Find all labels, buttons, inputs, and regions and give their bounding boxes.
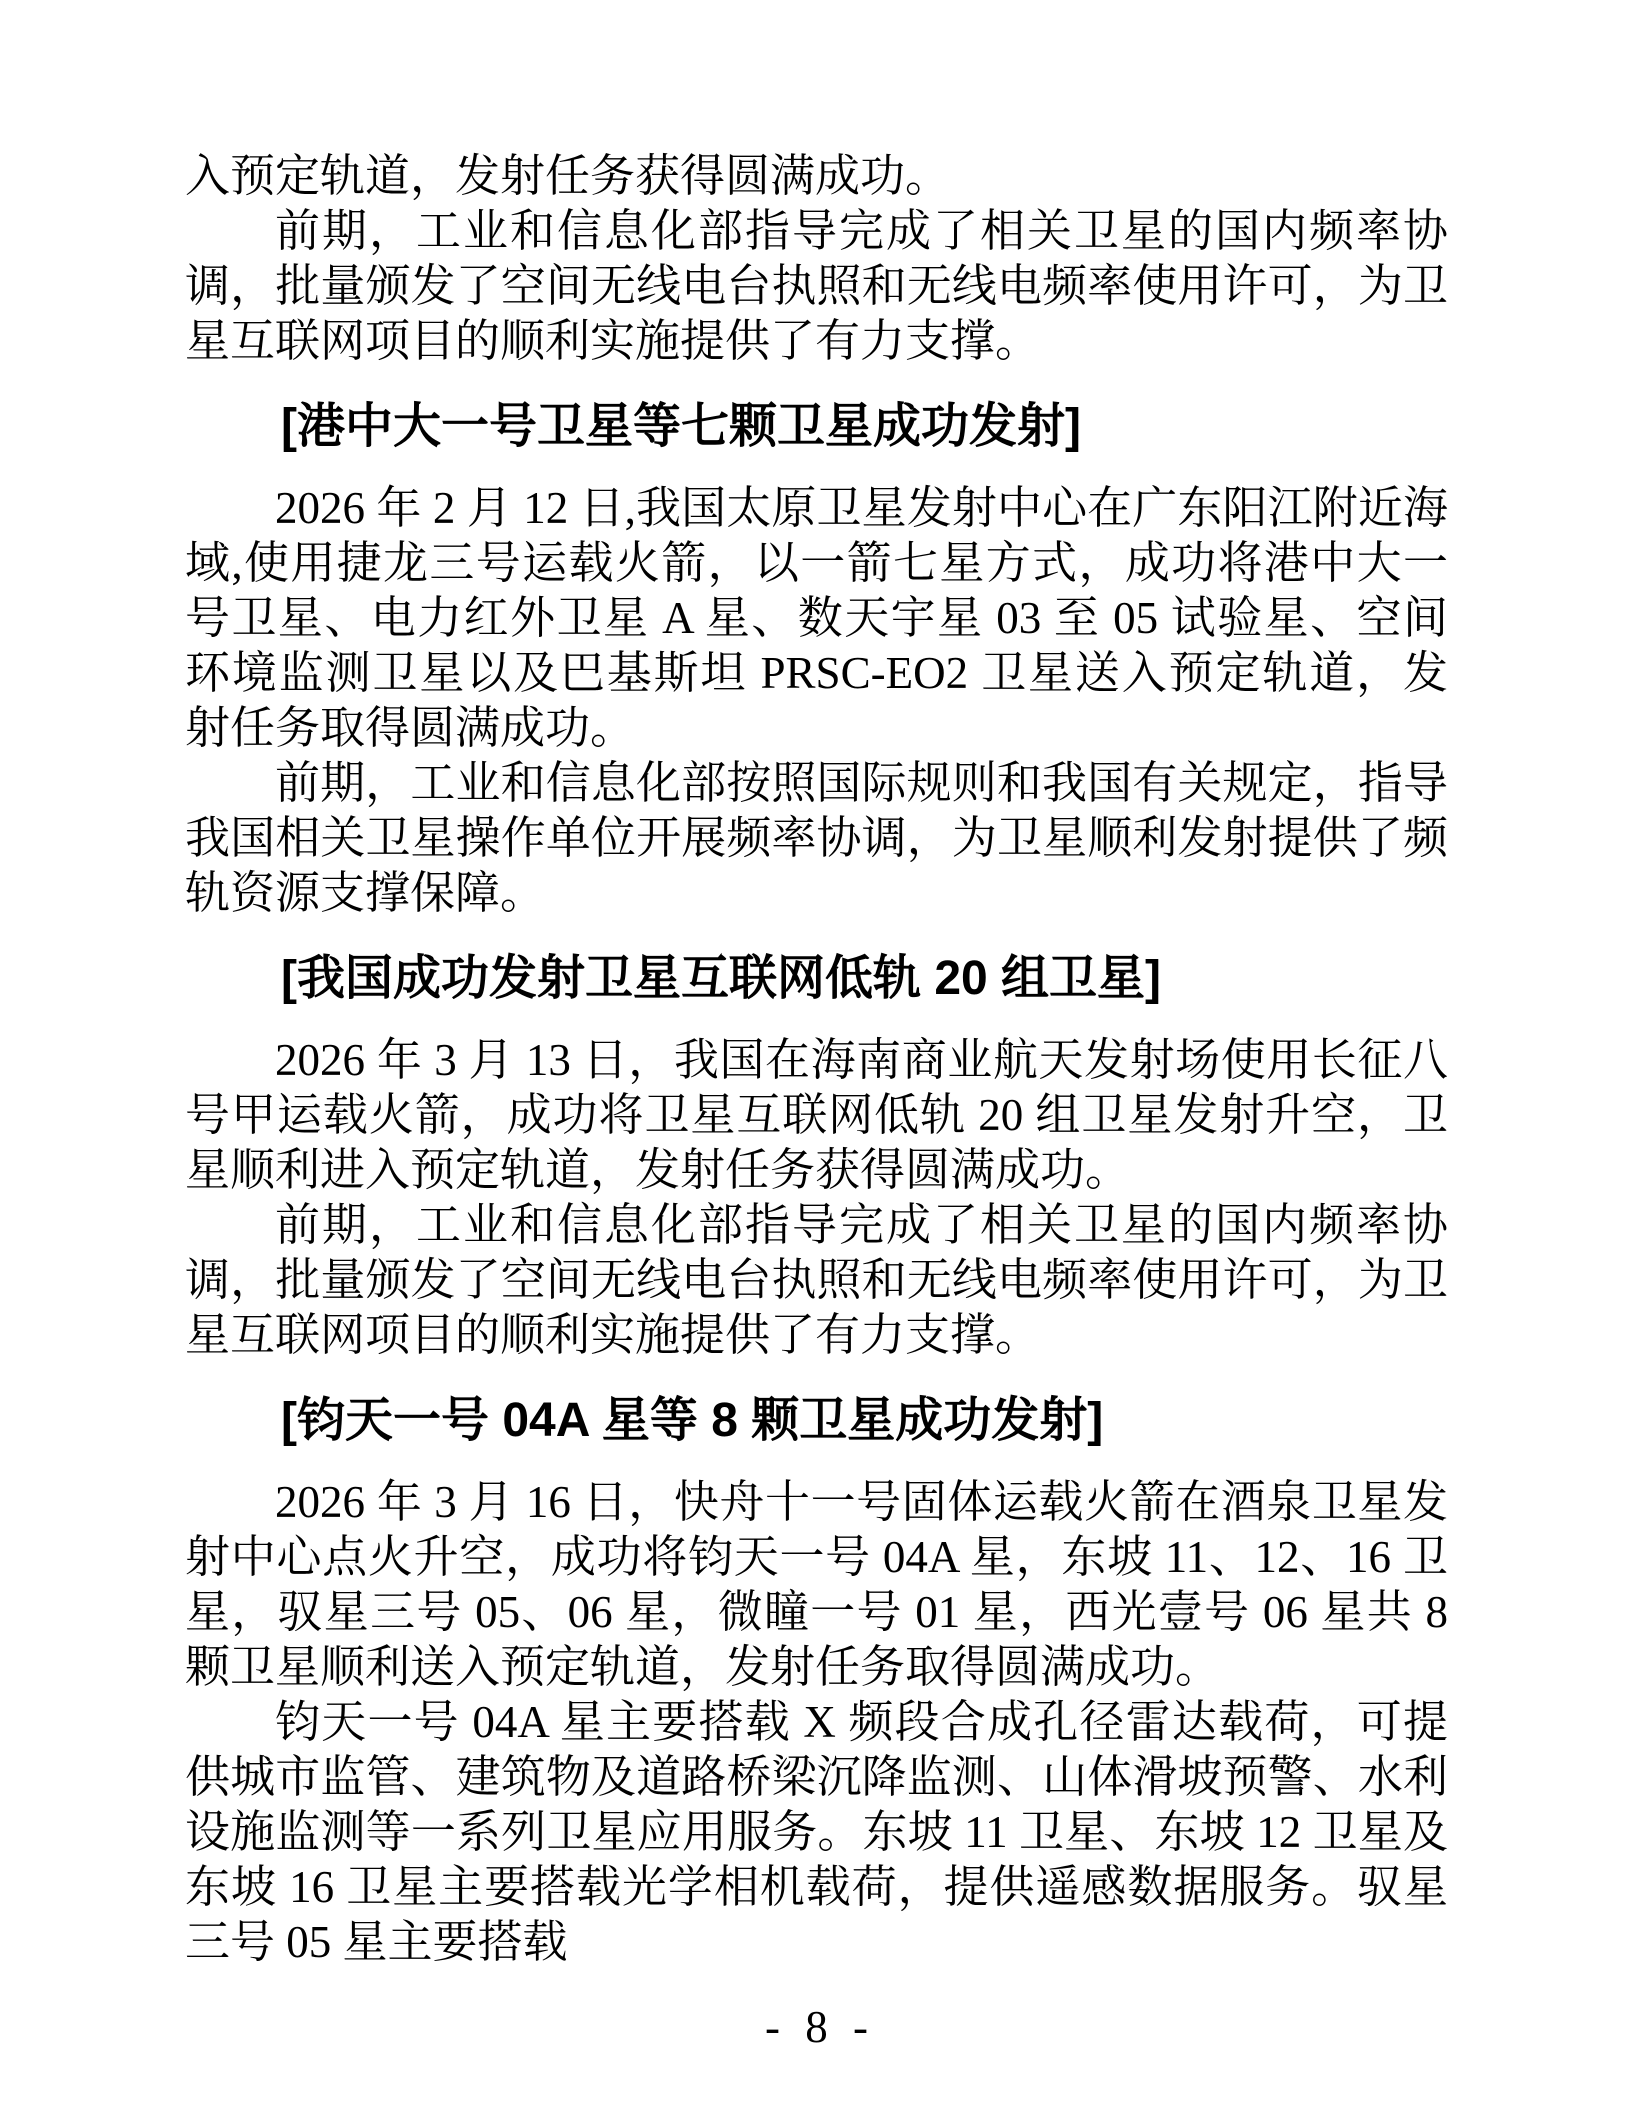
paragraph: 前期，工业和信息化部按照国际规则和我国有关规定，指导我国相关卫星操作单位开展频率… <box>185 756 1448 921</box>
paragraph: 前期，工业和信息化部指导完成了相关卫星的国内频率协调，批量颁发了空间无线电台执照… <box>185 204 1448 369</box>
section-heading: [港中大一号卫星等七颗卫星成功发射] <box>185 397 1448 457</box>
paragraph-continuation: 入预定轨道，发射任务获得圆满成功。 <box>185 149 1448 204</box>
paragraph: 2026 年 3 月 16 日，快舟十一号固体运载火箭在酒泉卫星发射中心点火升空… <box>185 1475 1448 1695</box>
page-number: - 8 - <box>185 2000 1448 2055</box>
section-heading: [钧天一号 04A 星等 8 颗卫星成功发射] <box>185 1391 1448 1451</box>
paragraph: 2026 年 2 月 12 日,我国太原卫星发射中心在广东阳江附近海域,使用捷龙… <box>185 481 1448 756</box>
section-heading: [我国成功发射卫星互联网低轨 20 组卫星] <box>185 949 1448 1009</box>
paragraph: 2026 年 3 月 13 日，我国在海南商业航天发射场使用长征八号甲运载火箭，… <box>185 1033 1448 1198</box>
paragraph: 钧天一号 04A 星主要搭载 X 频段合成孔径雷达载荷，可提供城市监管、建筑物及… <box>185 1695 1448 1970</box>
paragraph: 前期，工业和信息化部指导完成了相关卫星的国内频率协调，批量颁发了空间无线电台执照… <box>185 1198 1448 1363</box>
document-page: 入预定轨道，发射任务获得圆满成功。 前期，工业和信息化部指导完成了相关卫星的国内… <box>0 0 1632 2112</box>
